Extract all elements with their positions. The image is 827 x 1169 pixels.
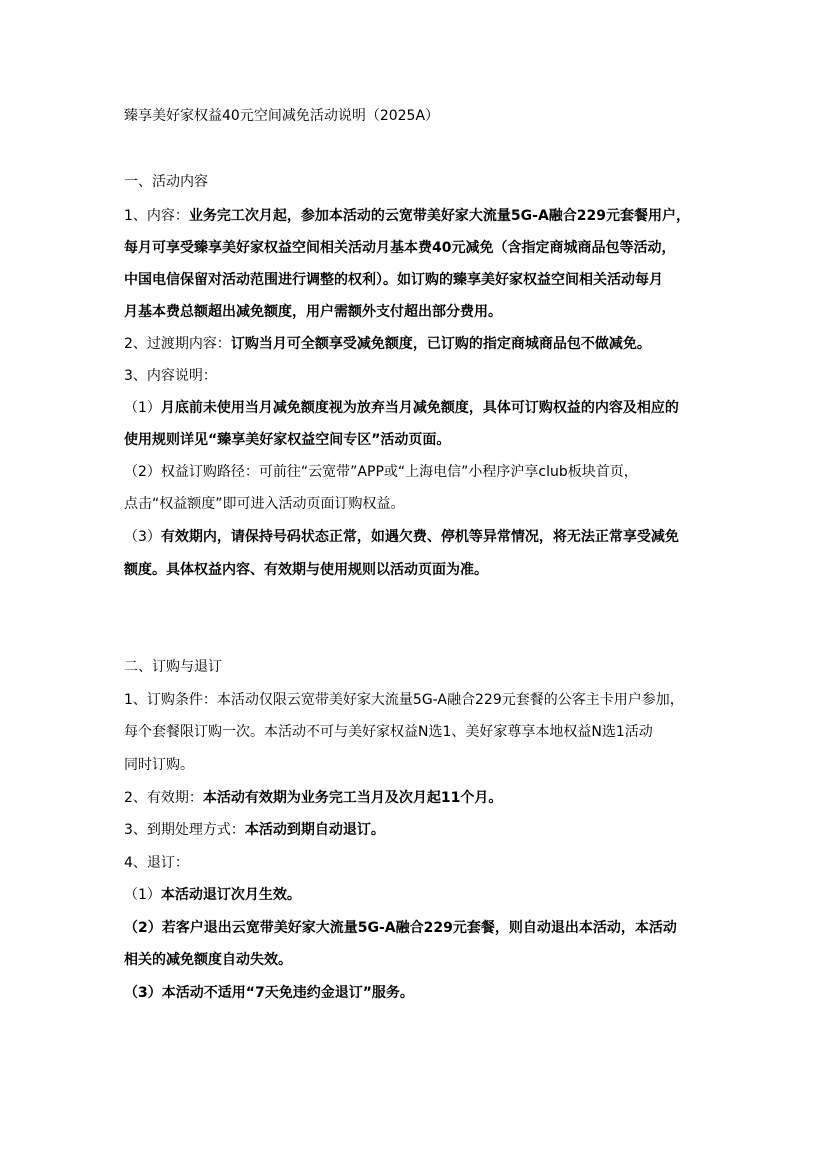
unsubscribe-sub-1: （1）本活动退订次月生效。 [124,885,301,905]
item-label: 1、内容： [124,208,189,224]
sub-item-2-cont: 点击“权益额度”即可进入活动页面订购权益。 [124,494,405,514]
sub-item-2: （2）权益订购路径：可前往“云宽带”APP或“上海电信”小程序沪享club板块首… [124,462,638,482]
paragraph-content-line: 1、内容：业务完工次月起，参加本活动的云宽带美好家大流量5G-A融合229元套餐… [124,206,690,226]
unsubscribe-sub-2-cont: 相关的减免额度自动失效。 [124,950,292,970]
paragraph-content-line: 月基本费总额超出减免额度，用户需额外支付超出部分费用。 [124,302,502,322]
item-label: 1、订购条件： [124,692,217,708]
sub-item-3: （3）有效期内，请保持号码状态正常，如遇欠费、停机等异常情况，将无法正常享受减免 [124,527,679,547]
paragraph-content-line: 中国电信保留对活动范围进行调整的权利）。如订购的臻享美好家权益空间相关活动每月 [124,270,663,290]
paragraph-content-line: 每月可享受臻享美好家权益空间相关活动月基本费40元减免（含指定商城商品包等活动， [124,238,675,258]
sub-text: 本活动退订次月生效。 [161,887,301,903]
sub-text: 有效期内，请保持号码状态正常，如遇欠费、停机等异常情况，将无法正常享受减免 [161,529,679,545]
document-title: 臻享美好家权益40元空间减免活动说明（2025A） [124,106,439,126]
section-heading-subscribe: 二、订购与退订 [124,657,222,677]
paragraph-conditions-cont: 同时订购。 [124,755,194,775]
paragraph-expiry: 3、到期处理方式：本活动到期自动退订。 [124,820,385,840]
item-label: 3、到期处理方式： [124,822,245,838]
item-text: 订购当月可全额享受减免额度，已订购的指定商城商品包不做减免。 [231,336,651,352]
sub-label: （3） [124,985,162,1001]
sub-label: （1） [124,400,161,416]
section-heading-activity-content: 一、活动内容 [124,172,208,192]
sub-item-3-cont: 额度。具体权益内容、有效期与使用规则以活动页面为准。 [124,560,488,580]
sub-label: （2） [124,464,161,480]
item-label: 2、过渡期内容： [124,336,231,352]
sub-label: （1） [124,887,161,903]
paragraph-validity: 2、有效期：本活动有效期为业务完工当月及次月起11个月。 [124,788,502,808]
item-text: 业务完工次月起，参加本活动的云宽带美好家大流量5G-A融合229元套餐用户， [189,208,690,224]
item-label: 2、有效期： [124,790,203,806]
sub-text: 本活动不适用“7天免违约金退订”服务。 [162,985,414,1001]
item-text: 本活动有效期为业务完工当月及次月起11个月。 [203,790,502,806]
item-text: 本活动仅限云宽带美好家大流量5G-A融合229元套餐的公客主卡用户参加， [217,692,684,708]
paragraph-conditions-cont: 每个套餐限订购一次。本活动不可与美好家权益N选1、美好家尊享本地权益N选1活动 [124,722,653,742]
unsubscribe-sub-3: （3）本活动不适用“7天免违约金退订”服务。 [124,983,414,1003]
sub-label: （3） [124,529,161,545]
paragraph-transition: 2、过渡期内容：订购当月可全额享受减免额度，已订购的指定商城商品包不做减免。 [124,334,651,354]
paragraph-conditions: 1、订购条件：本活动仅限云宽带美好家大流量5G-A融合229元套餐的公客主卡用户… [124,690,684,710]
unsubscribe-sub-2: （2）若客户退出云宽带美好家大流量5G-A融合229元套餐，则自动退出本活动，本… [124,918,677,938]
sub-text: 若客户退出云宽带美好家大流量5G-A融合229元套餐，则自动退出本活动，本活动 [162,920,677,936]
sub-item-1-cont: 使用规则详见“臻享美好家权益空间专区”活动页面。 [124,430,450,450]
paragraph-content-notes-label: 3、内容说明： [124,366,217,386]
paragraph-unsubscribe-label: 4、退订： [124,853,189,873]
sub-text: 权益订购路径：可前往“云宽带”APP或“上海电信”小程序沪享club板块首页， [161,464,638,480]
sub-text: 月底前未使用当月减免额度视为放弃当月减免额度，具体可订购权益的内容及相应的 [161,400,679,416]
document-page: 臻享美好家权益40元空间减免活动说明（2025A） 一、活动内容 1、内容：业务… [0,0,827,1169]
sub-item-1: （1）月底前未使用当月减免额度视为放弃当月减免额度，具体可订购权益的内容及相应的 [124,398,679,418]
item-text: 本活动到期自动退订。 [245,822,385,838]
sub-label: （2） [124,920,162,936]
